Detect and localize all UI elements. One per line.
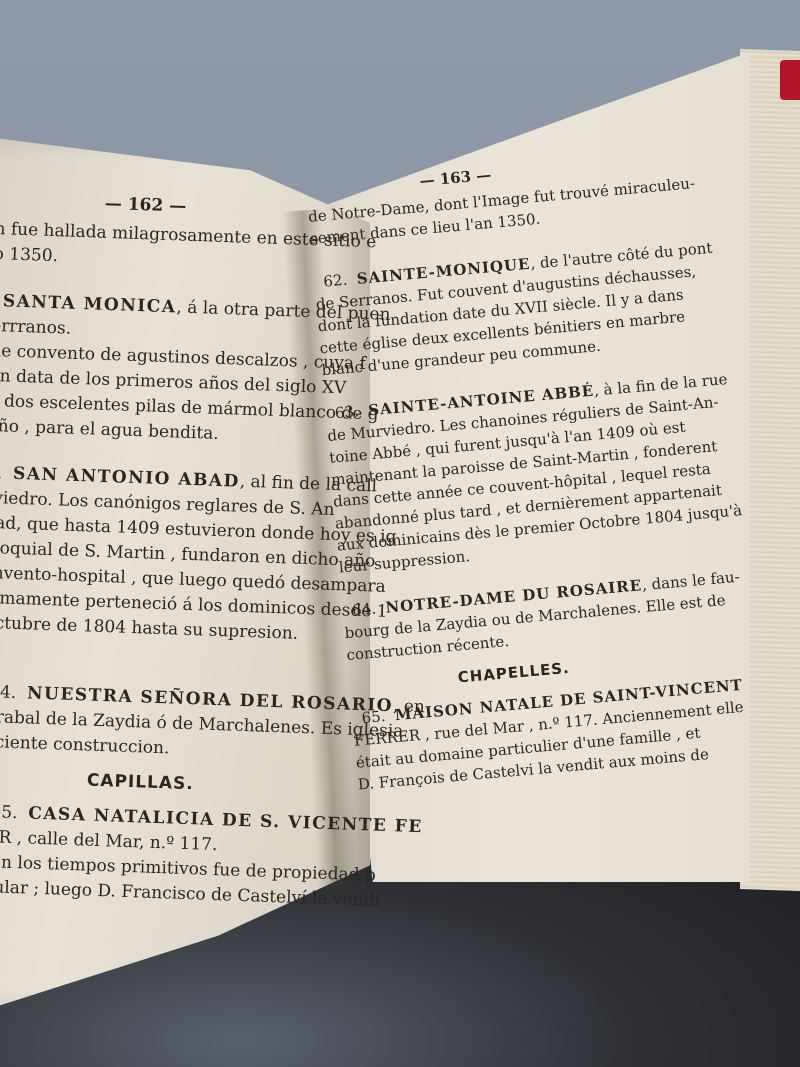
- entry-number: 65.: [361, 707, 386, 727]
- right-page-text: — 163 — de Notre-Dame, dont l'Image fut …: [305, 145, 764, 796]
- entry-number: 64.: [0, 682, 17, 703]
- entry-number: 63.: [334, 402, 359, 422]
- entry-number: 65.: [0, 802, 18, 823]
- entry-title: SANTA MONICA: [3, 291, 177, 317]
- entry-number: 3.: [0, 463, 3, 484]
- entry-number: 64.: [351, 599, 376, 619]
- red-book-cover: [780, 60, 800, 100]
- section-heading-capillas: CAPILLAS.: [0, 765, 306, 802]
- entry-number: 62.: [323, 271, 348, 291]
